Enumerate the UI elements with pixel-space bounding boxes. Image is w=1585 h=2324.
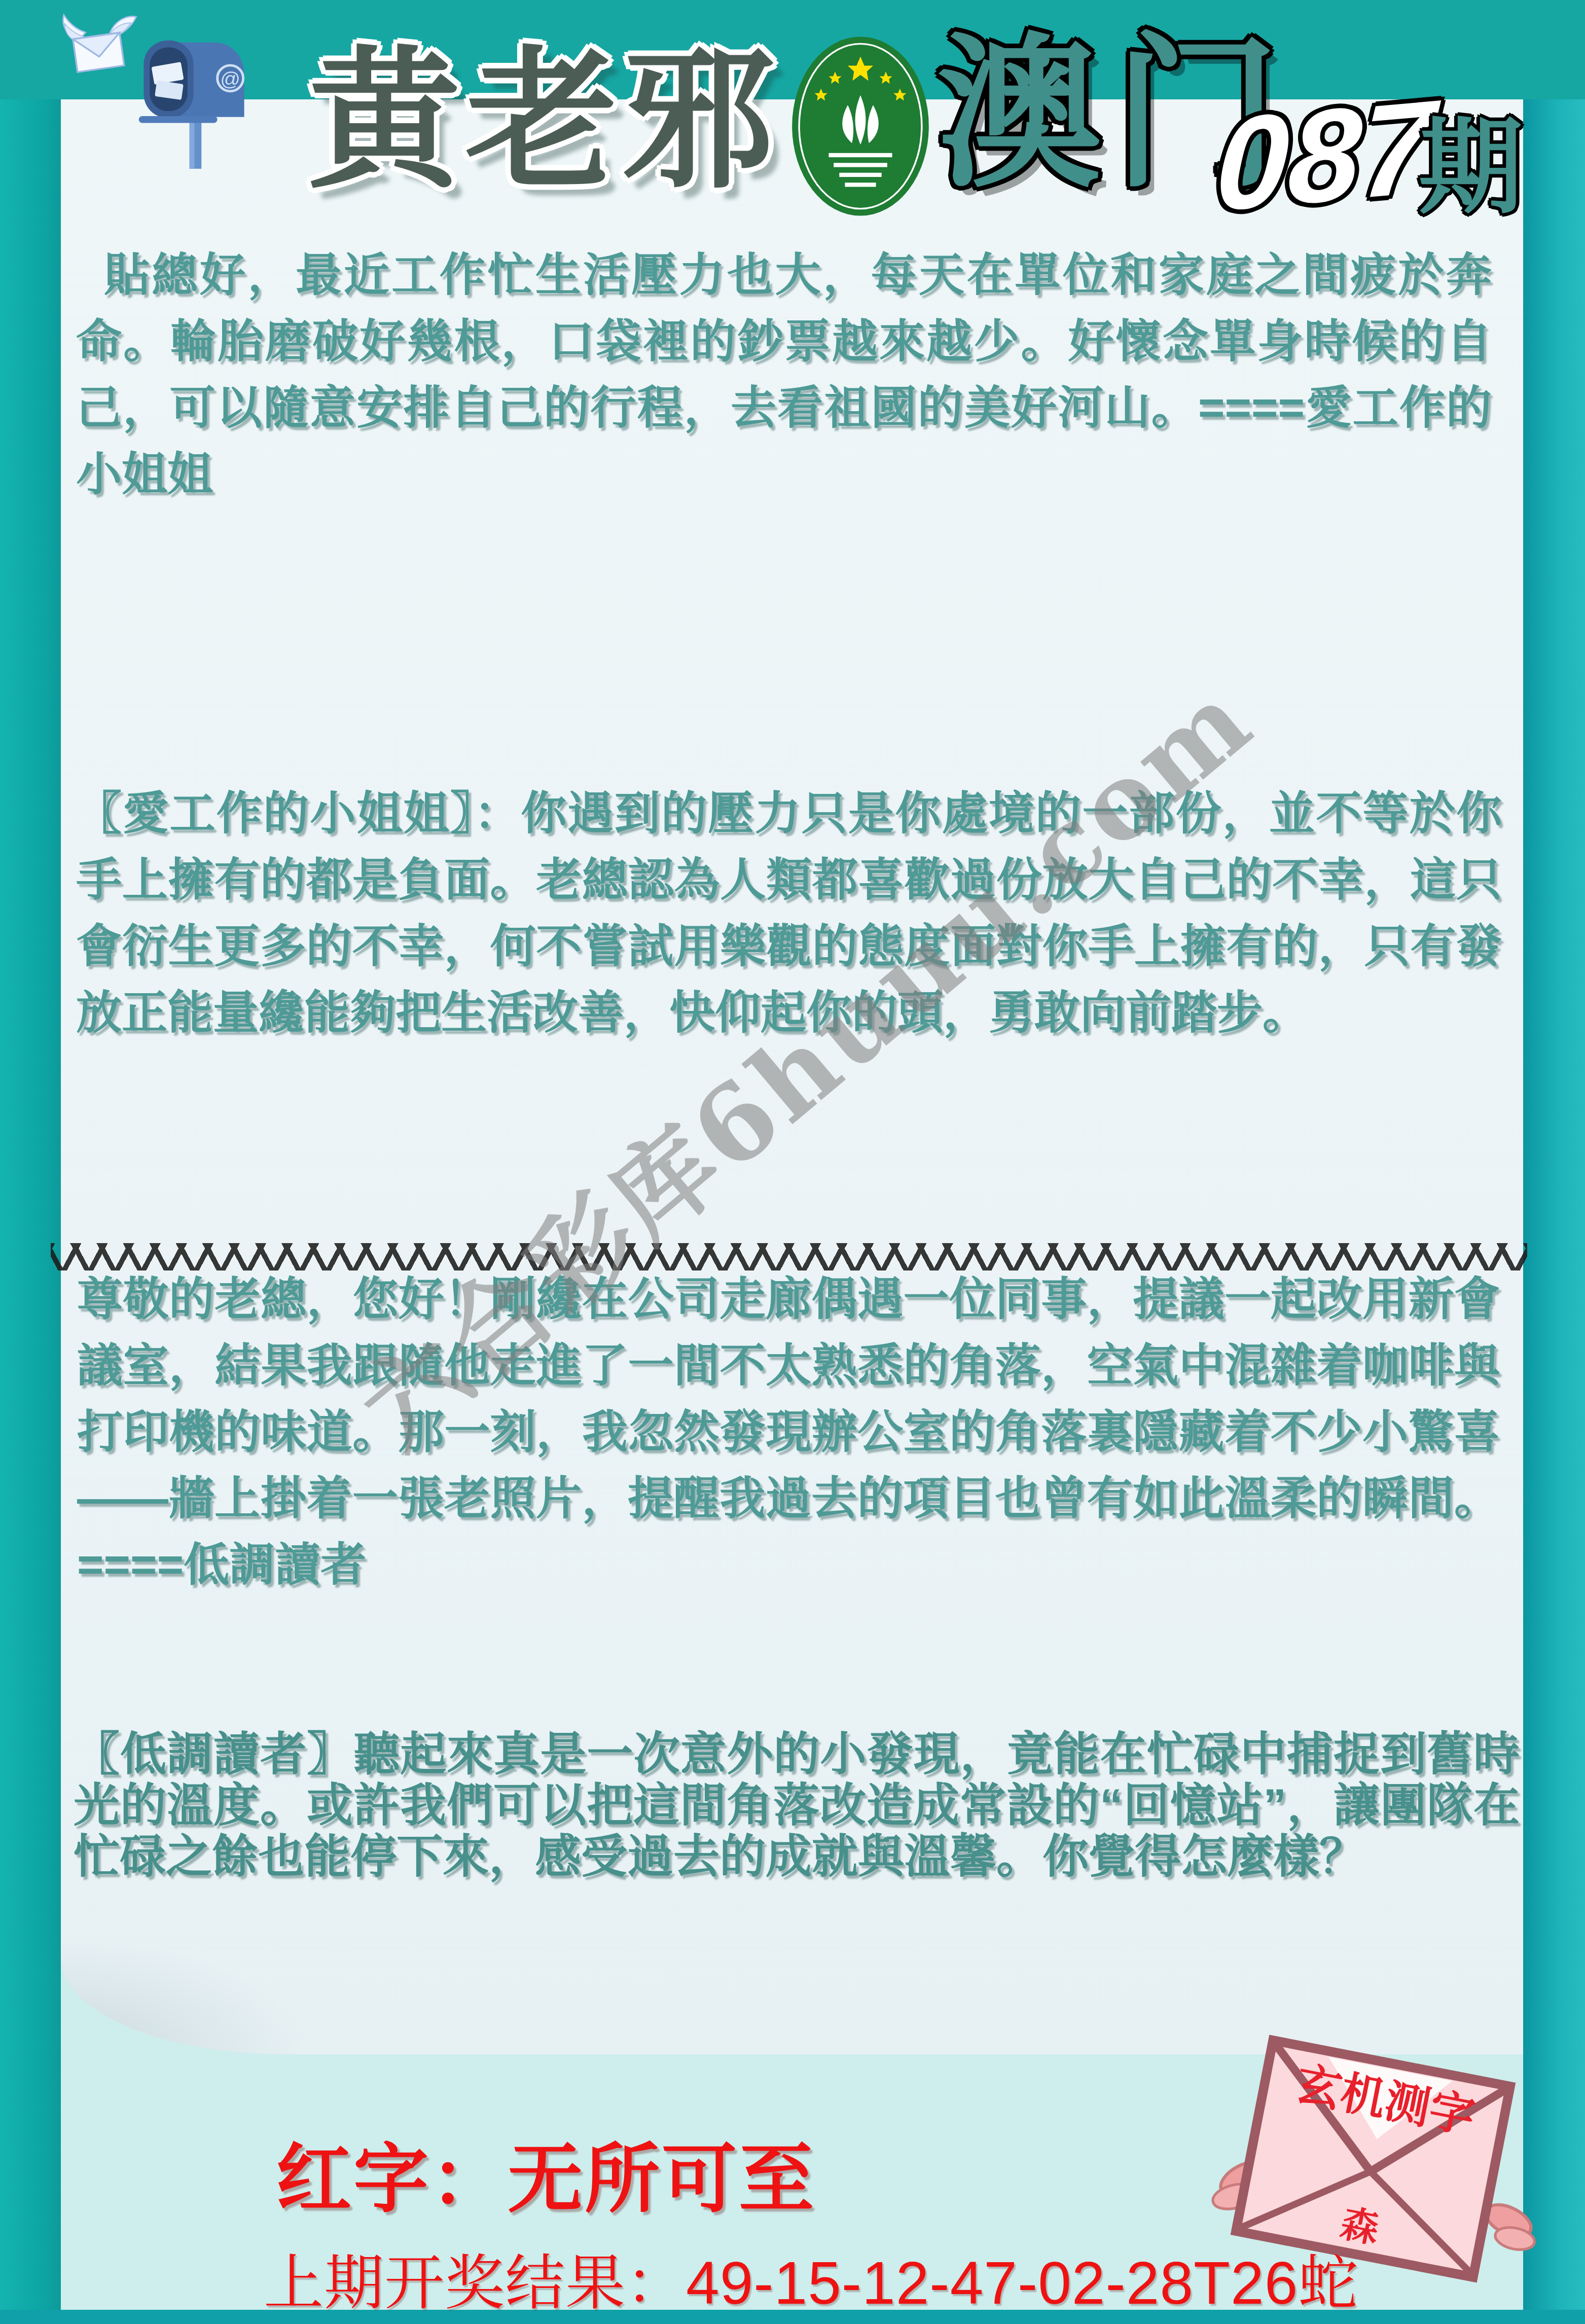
at-symbol: @ [220,68,240,90]
mailbox-icon: @ [131,25,260,175]
result-label: 上期开奖结果： [264,2250,686,2317]
result-value: 49-15-12-47-02-28T26蛇 [686,2250,1358,2317]
left-border [0,0,61,2324]
last-draw-result: 上期开奖结果：49-15-12-47-02-28T26蛇 [264,2235,1358,2321]
red-theme-title: 红字：无所可至 [276,2119,816,2227]
right-border [1523,0,1585,2324]
issue-unit: 期 [1419,116,1523,220]
site-title: 黄老邪 [308,45,780,197]
letter-1: 貼總好，最近工作忙生活壓力也大，每天在單位和家庭之間疲於奔命。輪胎磨破好幾根，口… [76,242,1492,508]
issue-number: 087 [1213,80,1437,231]
reply-1: 〖愛工作的小姐姐〗：你遇到的壓力只是你處境的一部份，並不等於你手上擁有的都是負面… [76,781,1502,1046]
macau-lotus-logo [790,34,931,218]
reply-2: 〖低調讀者〗聽起來真是一次意外的小發現，竟能在忙碌中捕捉到舊時光的溫度。或許我們… [74,1729,1520,1882]
letter-2: 尊敬的老總，您好！剛纔在公司走廊偶遇一位同事，提議一起改用新會議室，結果我跟隨他… [77,1266,1500,1599]
page: @ 黄老邪 澳门 087 期 貼總好，最近工作忙生活壓力也大，每天在單位和家 [0,0,1585,2324]
